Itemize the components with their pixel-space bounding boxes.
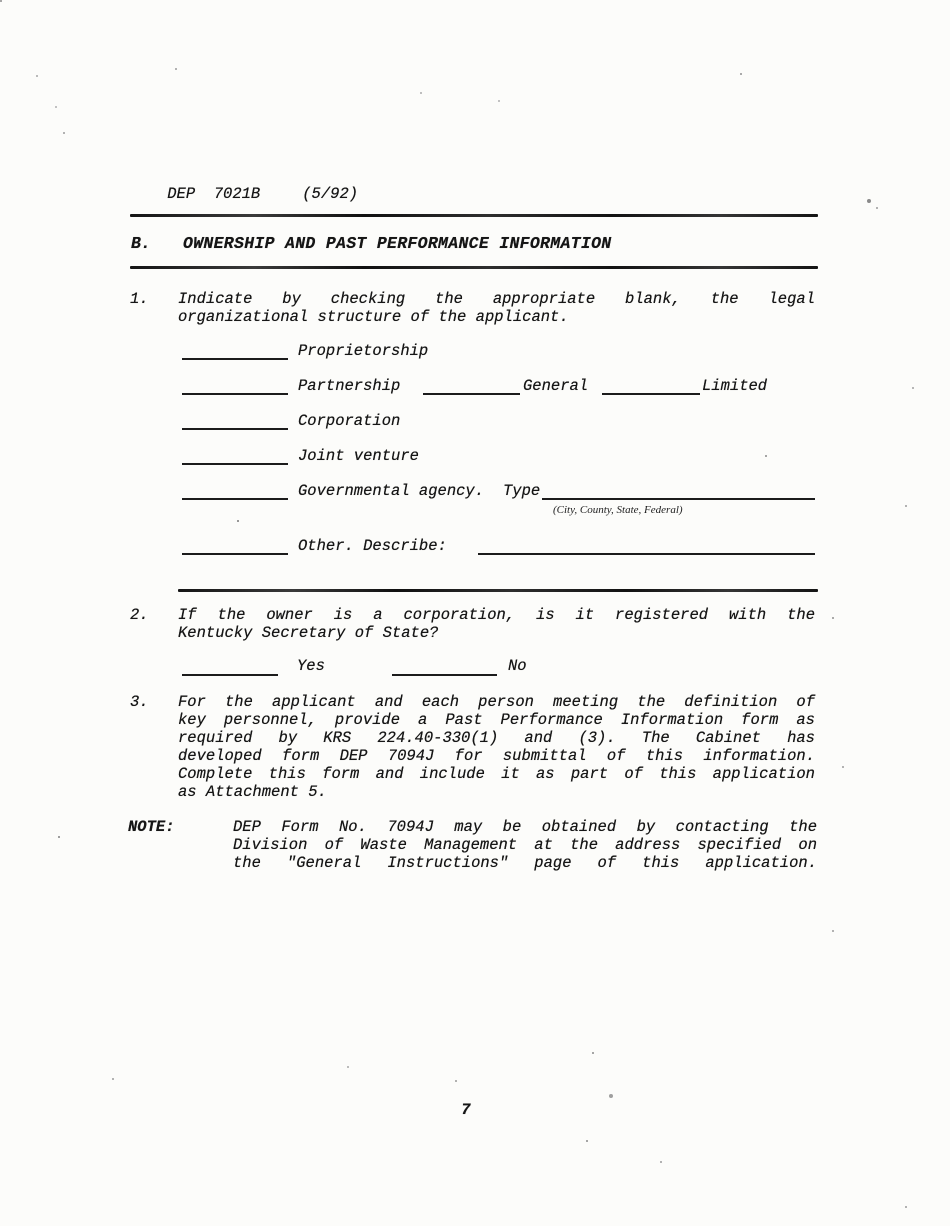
joint-venture-label: Joint venture [298, 447, 419, 465]
governmental-type-blank[interactable] [542, 498, 815, 500]
item-3-line-3: required by KRS 224.40-330(1) and (3). T… [178, 729, 815, 747]
partnership-general-label: General [523, 377, 588, 395]
divider-rule [178, 589, 818, 592]
item-1-line-1: Indicate by checking the appropriate bla… [178, 290, 815, 308]
partnership-limited-label: Limited [702, 377, 767, 395]
proprietorship-label: Proprietorship [298, 342, 428, 360]
item-3-number: 3. [130, 693, 149, 711]
partnership-label: Partnership [298, 377, 400, 395]
note-line-3: the "General Instructions" page of this … [233, 854, 817, 872]
governmental-type-hint: (City, County, State, Federal) [553, 504, 683, 516]
yes-blank[interactable] [182, 674, 278, 676]
partnership-limited-blank[interactable] [602, 393, 700, 395]
proprietorship-blank[interactable] [182, 358, 288, 360]
item-2-line-1: If the owner is a corporation, is it reg… [178, 606, 815, 624]
form-header: DEP 7021B(5/92) [130, 167, 358, 221]
section-rule-bottom [130, 266, 818, 269]
yes-label: Yes [297, 657, 325, 675]
note-label: NOTE: [128, 818, 175, 836]
item-3-line-4: developed form DEP 7094J for submittal o… [178, 747, 815, 765]
item-2-number: 2. [130, 606, 149, 624]
other-label: Other. Describe: [298, 537, 447, 555]
section-rule-top [130, 214, 818, 217]
partnership-blank[interactable] [182, 393, 288, 395]
section-title: OWNERSHIP AND PAST PERFORMANCE INFORMATI… [183, 235, 611, 253]
no-label: No [508, 657, 527, 675]
corporation-label: Corporation [298, 412, 400, 430]
item-1-line-2: organizational structure of the applican… [178, 308, 815, 326]
partnership-general-blank[interactable] [423, 393, 520, 395]
section-label: B. [131, 235, 151, 253]
item-2-line-2: Kentucky Secretary of State? [178, 624, 815, 642]
governmental-agency-label: Governmental agency. [298, 482, 484, 500]
item-3-line-6: as Attachment 5. [178, 783, 815, 801]
corporation-blank[interactable] [182, 428, 288, 430]
form-number: DEP 7021B [167, 185, 260, 203]
item-3-line-5: Complete this form and include it as par… [178, 765, 815, 783]
scanned-form-page: DEP 7021B(5/92) B. OWNERSHIP AND PAST PE… [0, 0, 950, 1226]
governmental-agency-blank[interactable] [182, 498, 288, 500]
item-3-line-1: For the applicant and each person meetin… [178, 693, 815, 711]
form-revision: (5/92) [302, 185, 358, 203]
scan-noise [0, 0, 2, 2]
other-blank[interactable] [182, 553, 288, 555]
page-number: 7 [461, 1101, 471, 1119]
governmental-type-label: Type [503, 482, 540, 500]
item-1-number: 1. [130, 290, 149, 308]
joint-venture-blank[interactable] [182, 463, 288, 465]
note-line-2: Division of Waste Management at the addr… [233, 836, 817, 854]
note-line-1: DEP Form No. 7094J may be obtained by co… [233, 818, 817, 836]
item-3-line-2: key personnel, provide a Past Performanc… [178, 711, 815, 729]
no-blank[interactable] [392, 674, 497, 676]
other-describe-blank[interactable] [478, 553, 815, 555]
